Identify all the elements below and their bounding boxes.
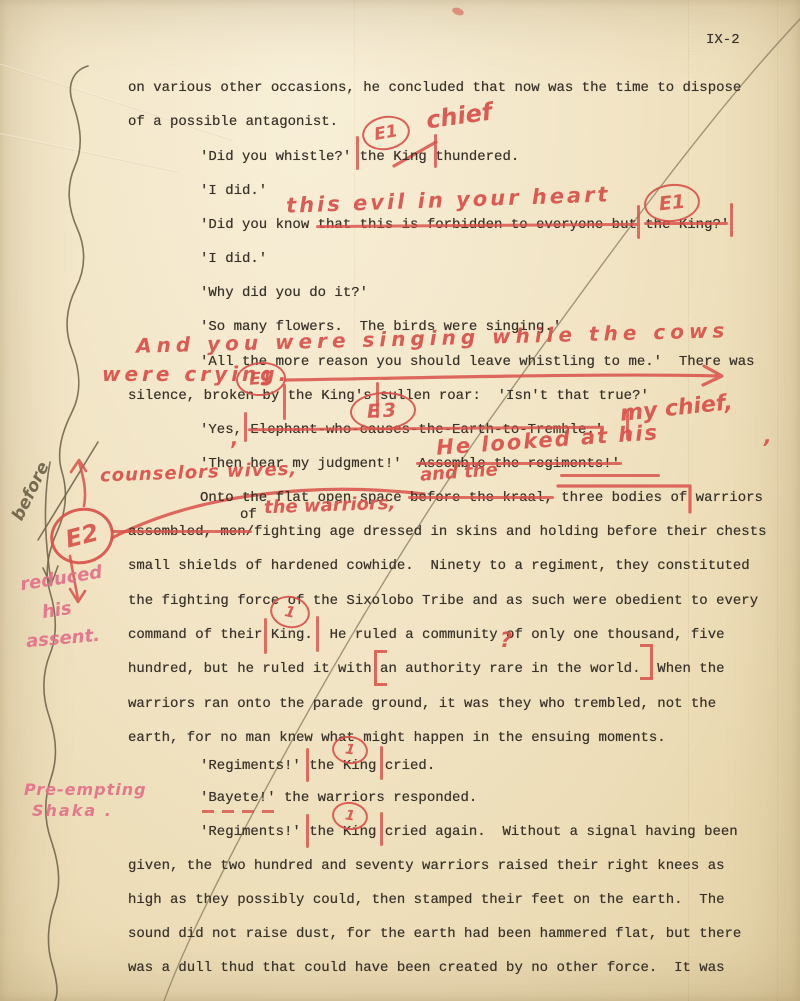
insert-bar	[380, 812, 383, 846]
e2-arrow-up	[71, 460, 86, 506]
typed-line: 'Did you whistle?' the King thundered.	[200, 150, 519, 164]
typed-line: the fighting force of the Sixolobo Tribe…	[128, 594, 758, 608]
handwritten-evil-heart: this evil in your heart	[286, 184, 611, 216]
typed-line: hundred, but he ruled it with an authori…	[128, 662, 725, 676]
typed-line: given, the two hundred and seventy warri…	[128, 859, 725, 873]
paper-crease	[0, 129, 178, 173]
handwritten-assent: assent.	[25, 627, 100, 651]
typed-line: was a dull thud that could have been cre…	[128, 961, 725, 975]
typed-line: on various other occasions, he concluded…	[128, 81, 741, 95]
diagonal-crease-line	[164, 18, 800, 1001]
handwritten-his: his	[41, 600, 73, 622]
typed-line: warriors ran onto the parade ground, it …	[128, 697, 716, 711]
insert-bar	[730, 203, 733, 237]
question-mark-annotation: ?	[500, 630, 512, 651]
edit-mark-e2: E2	[44, 501, 120, 571]
insert-bar	[306, 814, 309, 848]
typed-line: 'Regiments!' the King cried.	[200, 759, 435, 773]
insert-bar	[244, 412, 247, 442]
typed-line: command of their King. He ruled a commun…	[128, 628, 725, 642]
insert-bar	[434, 134, 437, 168]
insert-bar	[637, 205, 640, 239]
manuscript-page: IX-2 on various other occasions, he conc…	[0, 0, 800, 1001]
handwritten-were-crying: were crying.	[102, 364, 290, 384]
typed-line: 'Regiments!' the King cried again. Witho…	[200, 825, 738, 839]
page-number: IX-2	[706, 32, 740, 48]
strikethrough	[560, 474, 660, 477]
typed-line: high as they possibly could, then stampe…	[128, 893, 725, 907]
typed-line: small shields of hardened cowhide. Ninet…	[128, 559, 750, 573]
open-bracket-mark	[374, 650, 387, 686]
handwritten-and-the: and the	[419, 461, 498, 484]
insert-bar	[283, 384, 286, 420]
handwritten-shaka: Shaka .	[32, 803, 113, 819]
edit-mark-e1: E1	[359, 112, 412, 154]
typed-line: sound did not raise dust, for the earth …	[128, 927, 741, 941]
typed-line: 'I did.'	[200, 184, 267, 198]
typed-line: of	[240, 508, 257, 522]
handwritten-chief: chief	[425, 100, 494, 133]
typed-line: 'Why did you do it?'	[200, 286, 368, 300]
close-bracket-mark	[640, 644, 653, 680]
red-ink-speck	[451, 6, 465, 17]
handwritten-counselors-wives: counselors wives,	[100, 461, 298, 486]
strikethrough	[408, 496, 554, 499]
insert-bar	[356, 136, 359, 170]
insert-bar	[316, 616, 319, 652]
handwritten-reduced: reduced	[19, 564, 103, 595]
insert-bar	[264, 618, 267, 654]
typed-line: earth, for no man knew what might happen…	[128, 731, 666, 745]
inserted-comma: ,	[764, 426, 772, 446]
handwritten-before-pencil: before	[10, 460, 53, 524]
insert-bar	[380, 746, 383, 780]
paper-fold-line	[777, 0, 778, 1001]
strikethrough	[644, 222, 728, 225]
insert-bar	[306, 748, 309, 782]
typed-line: of a possible antagonist.	[128, 115, 338, 129]
handwritten-the-warriors: the warriors,	[264, 495, 396, 518]
dashed-underline	[202, 810, 278, 813]
strikethrough	[112, 530, 252, 533]
typed-line: 'I did.'	[200, 252, 267, 266]
handwritten-preempting: Pre-empting	[24, 782, 147, 798]
